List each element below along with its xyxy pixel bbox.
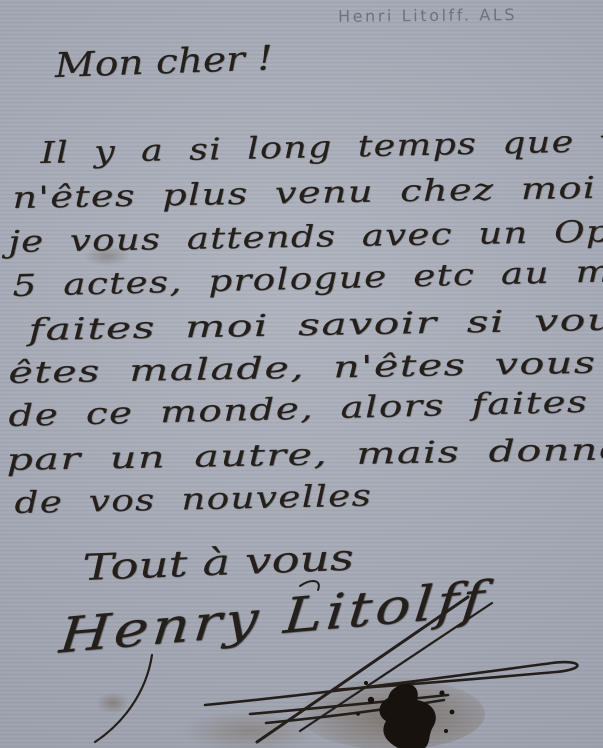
letter-line: Il y a si long temps que vous: [40, 122, 603, 171]
letter-line: faites moi savoir si vous: [28, 302, 603, 348]
letter-line: êtes malade, n'êtes vous plus: [8, 344, 603, 391]
stain: [180, 710, 320, 748]
letter-line: je vous attends avec un Opéra en: [8, 212, 603, 260]
ink-blot: [356, 681, 454, 748]
closing-line: Tout à vous: [82, 538, 355, 589]
letter-line: 5 actes, prologue etc au moins.: [12, 252, 603, 304]
letter-line: de vos nouvelles: [14, 479, 372, 521]
letter-paper: Henri Litolff. ALS Mon cher ! Il y a si …: [0, 0, 603, 748]
letter-line: par un autre, mais donnez moi: [6, 430, 603, 478]
stain: [96, 692, 130, 714]
letter-line: n'êtes plus venu chez moi que: [12, 169, 603, 216]
pencil-annotation: Henri Litolff. ALS: [338, 5, 517, 26]
salutation-line: Mon cher !: [54, 38, 274, 86]
stain: [300, 678, 485, 748]
